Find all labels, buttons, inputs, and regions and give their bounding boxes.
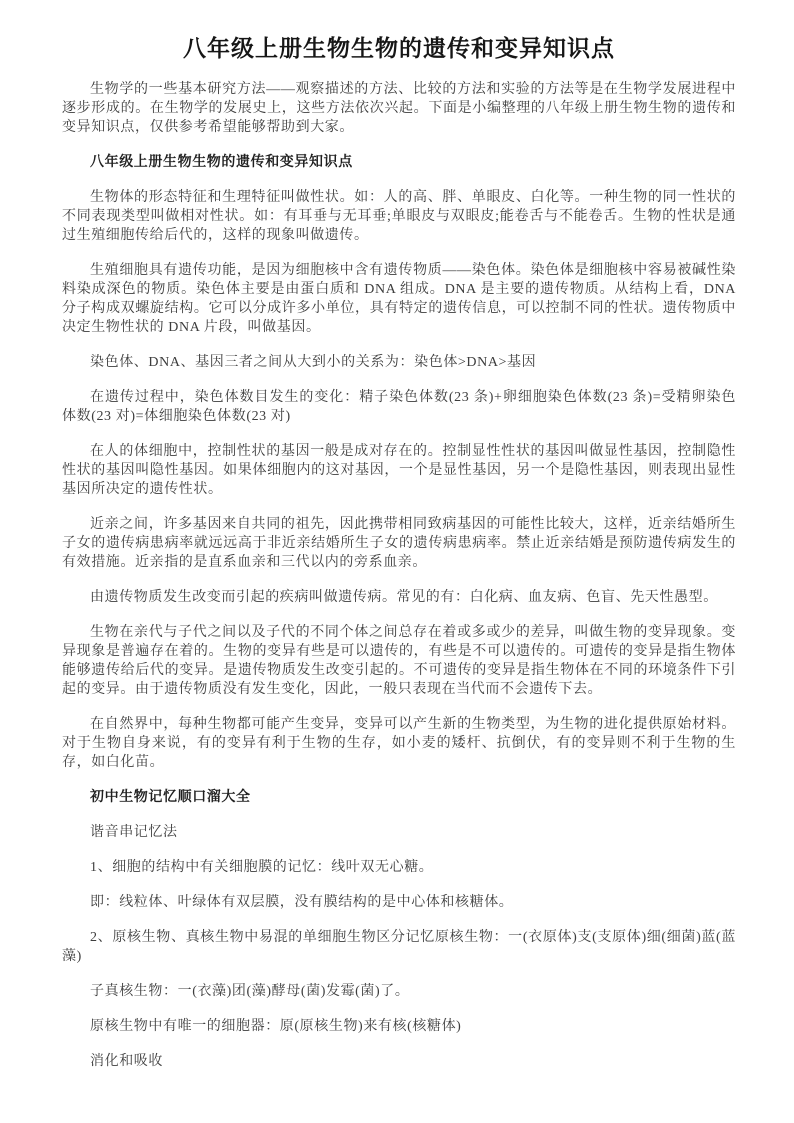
section1-heading: 八年级上册生物生物的遗传和变异知识点 — [62, 153, 736, 172]
intro-paragraph: 生物学的一些基本研究方法——观察描述的方法、比较的方法和实验的方法等是在生物学发… — [62, 80, 736, 137]
paragraph-nature-variation: 在自然界中，每种生物都可能产生变异，变异可以产生新的生物类型，为生物的进化提供原… — [62, 715, 736, 772]
paragraph-chromosome-count: 在遗传过程中，染色体数目发生的变化：精子染色体数(23 条)+卵细胞染色体数(2… — [62, 388, 736, 426]
paragraph-close-relatives: 近亲之间，许多基因来自共同的祖先，因此携带相同致病基因的可能性比较大，这样，近亲… — [62, 515, 736, 572]
paragraph-variation: 生物在亲代与子代之间以及子代的不同个体之间总存在着或多或少的差异，叫做生物的变异… — [62, 623, 736, 699]
paragraph-mnemonic-2: 2、原核生物、真核生物中易混的单细胞生物区分记忆原核生物：一(衣原体)支(支原体… — [62, 928, 736, 966]
document-title: 八年级上册生物生物的遗传和变异知识点 — [62, 32, 736, 64]
paragraph-eukaryote: 子真核生物：一(衣藻)团(藻)酵母(菌)发霉(菌)了。 — [62, 982, 736, 1001]
paragraph-genes: 在人的体细胞中，控制性状的基因一般是成对存在的。控制显性性状的基因叫做显性基因，… — [62, 442, 736, 499]
paragraph-mnemonic-1: 1、细胞的结构中有关细胞膜的记忆：线叶双无心糖。 — [62, 858, 736, 877]
paragraph-digestion: 消化和吸收 — [62, 1052, 736, 1071]
paragraph-relation: 染色体、DNA、基因三者之间从大到小的关系为：染色体>DNA>基因 — [62, 353, 736, 372]
paragraph-chromosome: 生殖细胞具有遗传功能，是因为细胞核中含有遗传物质——染色体。染色体是细胞核中容易… — [62, 261, 736, 337]
document-page: 八年级上册生物生物的遗传和变异知识点 生物学的一些基本研究方法——观察描述的方法… — [0, 0, 794, 1123]
section2-heading: 初中生物记忆顺口溜大全 — [62, 788, 736, 807]
paragraph-prokaryote-organelle: 原核生物中有唯一的细胞器：原(原核生物)来有核(核糖体) — [62, 1017, 736, 1036]
paragraph-genetic-disease: 由遗传物质发生改变而引起的疾病叫做遗传病。常见的有：白化病、血友病、色盲、先天性… — [62, 588, 736, 607]
paragraph-mnemonic-method: 谐音串记忆法 — [62, 823, 736, 842]
paragraph-mnemonic-1-explain: 即：线粒体、叶绿体有双层膜，没有膜结构的是中心体和核糖体。 — [62, 893, 736, 912]
paragraph-traits: 生物体的形态特征和生理特征叫做性状。如：人的高、胖、单眼皮、白化等。一种生物的同… — [62, 188, 736, 245]
